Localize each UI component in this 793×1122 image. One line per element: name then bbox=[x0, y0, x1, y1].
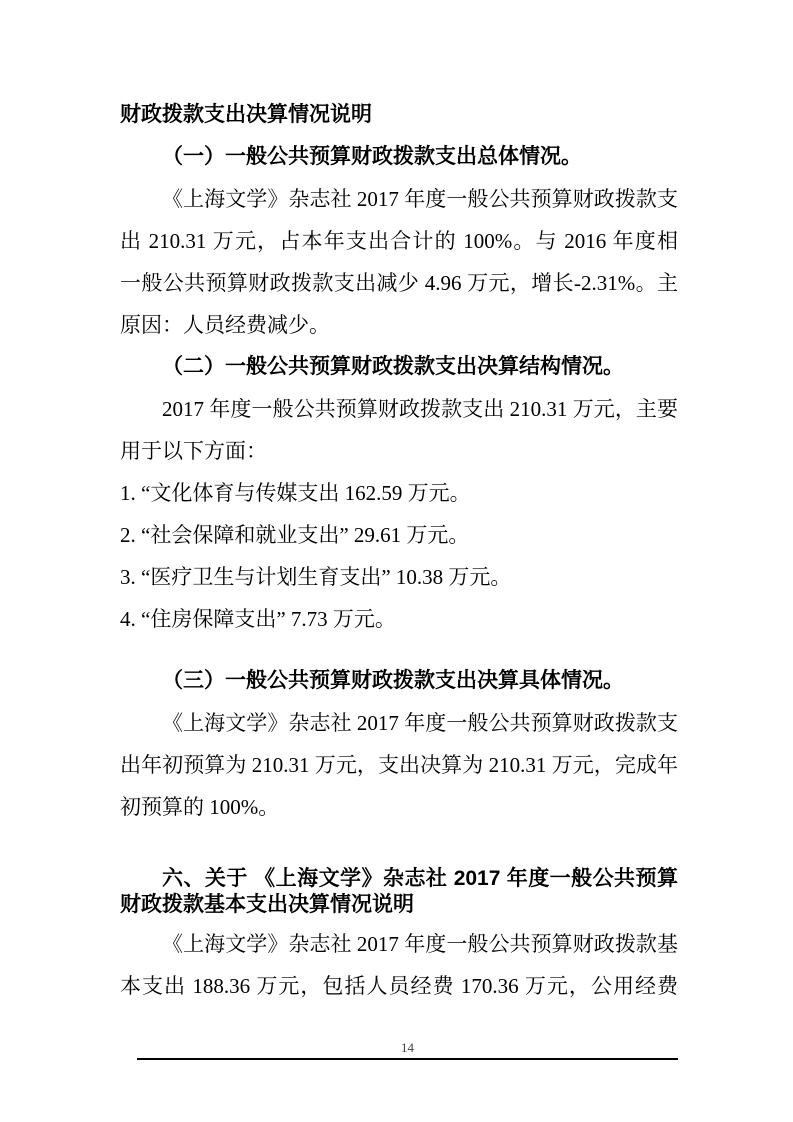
paragraph-line: 本支出 188.36 万元，包括人员经费 170.36 万元，公用经费 bbox=[120, 965, 678, 1007]
chapter-heading-line-1: 六、关于 《上海文学》杂志社 2017 年度一般公共预算 bbox=[120, 866, 678, 892]
footer-rule bbox=[137, 1058, 678, 1060]
paragraph-line: 出年初预算为 210.31 万元，支出决算为 210.31 万元，完成年 bbox=[120, 744, 678, 786]
paragraph-line: 一般公共预算财政拨款支出减少 4.96 万元，增长-2.31%。主要 bbox=[120, 262, 678, 304]
doc-content: 财政拨款支出决算情况说明 （一）一般公共预算财政拨款支出总体情况。 《上海文学》… bbox=[120, 94, 678, 1007]
paragraph-line: 《上海文学》杂志社 2017 年度一般公共预算财政拨款支 bbox=[120, 702, 678, 744]
list-item-2: 2. “社会保障和就业支出” 29.61 万元。 bbox=[120, 514, 678, 556]
paragraph-line: 《上海文学》杂志社 2017 年度一般公共预算财政拨款基 bbox=[120, 923, 678, 965]
chapter-heading-line-2: 财政拨款基本支出决算情况说明 bbox=[120, 892, 678, 918]
paragraph-line: 初预算的 100%。 bbox=[120, 786, 678, 828]
list-item-3: 3. “医疗卫生与计划生育支出” 10.38 万元。 bbox=[120, 556, 678, 598]
paragraph-line: 出 210.31 万元，占本年支出合计的 100%。与 2016 年度相比， bbox=[120, 220, 678, 262]
paragraph-line: 2017 年度一般公共预算财政拨款支出 210.31 万元，主要 bbox=[120, 388, 678, 430]
section-heading-2: （二）一般公共预算财政拨款支出决算结构情况。 bbox=[120, 346, 678, 388]
paragraph-line: 《上海文学》杂志社 2017 年度一般公共预算财政拨款支 bbox=[120, 178, 678, 220]
doc-title: 财政拨款支出决算情况说明 bbox=[120, 94, 678, 136]
spacer bbox=[120, 828, 678, 866]
list-item-1: 1. “文化体育与传媒支出 162.59 万元。 bbox=[120, 472, 678, 514]
section-heading-3: （三）一般公共预算财政拨款支出决算具体情况。 bbox=[120, 660, 678, 702]
section-heading-1: （一）一般公共预算财政拨款支出总体情况。 bbox=[120, 136, 678, 178]
page-number: 14 bbox=[137, 1040, 678, 1056]
paragraph-line: 用于以下方面： bbox=[120, 430, 678, 472]
spacer bbox=[120, 640, 678, 660]
document-page: 财政拨款支出决算情况说明 （一）一般公共预算财政拨款支出总体情况。 《上海文学》… bbox=[0, 0, 793, 1122]
list-item-4: 4. “住房保障支出” 7.73 万元。 bbox=[120, 598, 678, 640]
paragraph-line: 原因：人员经费减少。 bbox=[120, 304, 678, 346]
